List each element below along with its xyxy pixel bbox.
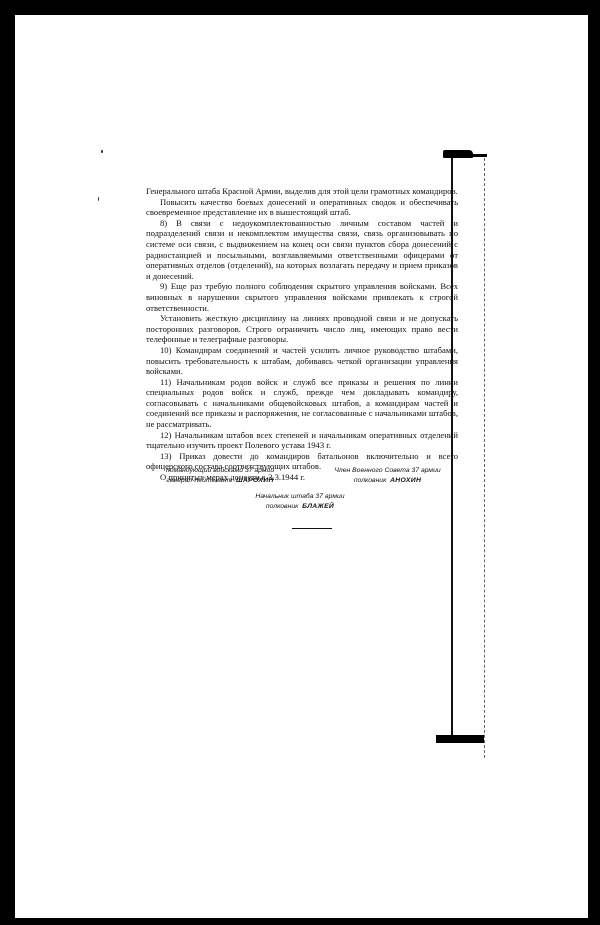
signature-rank-name: полковник БЛАЖЕЙ	[245, 502, 355, 512]
paragraph: 10) Командирам соединений и частей усили…	[146, 345, 458, 377]
signature-title: Член Военного Совета 37 армии	[320, 466, 455, 476]
signature-rank-name: полковник АНОХИН	[320, 476, 455, 486]
document-body: Генерального штаба Красной Армии, выдели…	[146, 186, 458, 483]
paragraph: 12) Начальникам штабов всех степеней и н…	[146, 430, 458, 451]
paragraph: Установить жесткую дисциплину на линиях …	[146, 313, 458, 345]
paragraph: Повысить качество боевых донесений и опе…	[146, 197, 458, 218]
signature-chief-of-staff: Начальник штаба 37 армии полковник БЛАЖЕ…	[245, 492, 355, 511]
paragraph: 8) В связи с недоукомплектованностью лич…	[146, 218, 458, 282]
signature-military-council: Член Военного Совета 37 армии полковник …	[320, 466, 455, 485]
signature-title: Начальник штаба 37 армии	[245, 492, 355, 502]
binding-bar-line	[451, 158, 453, 743]
scan-artifact	[98, 197, 99, 201]
binding-bar-bottom	[436, 735, 484, 743]
paragraph: Генерального штаба Красной Армии, выдели…	[146, 186, 458, 197]
scan-artifact	[101, 150, 103, 153]
closing-rule	[292, 528, 332, 529]
paragraph: 9) Еще раз требую полного соблюдения скр…	[146, 281, 458, 313]
paragraph: 11) Начальникам родов войск и служб все …	[146, 377, 458, 430]
binding-bar-top	[465, 154, 487, 157]
signature-title: Командующий войсками 37 армии	[140, 466, 300, 476]
signature-rank-name: генерал-лейтенант ШАРОХИН	[140, 476, 300, 486]
signature-commander: Командующий войсками 37 армии генерал-ле…	[140, 466, 300, 485]
page-fold-line	[484, 158, 485, 758]
